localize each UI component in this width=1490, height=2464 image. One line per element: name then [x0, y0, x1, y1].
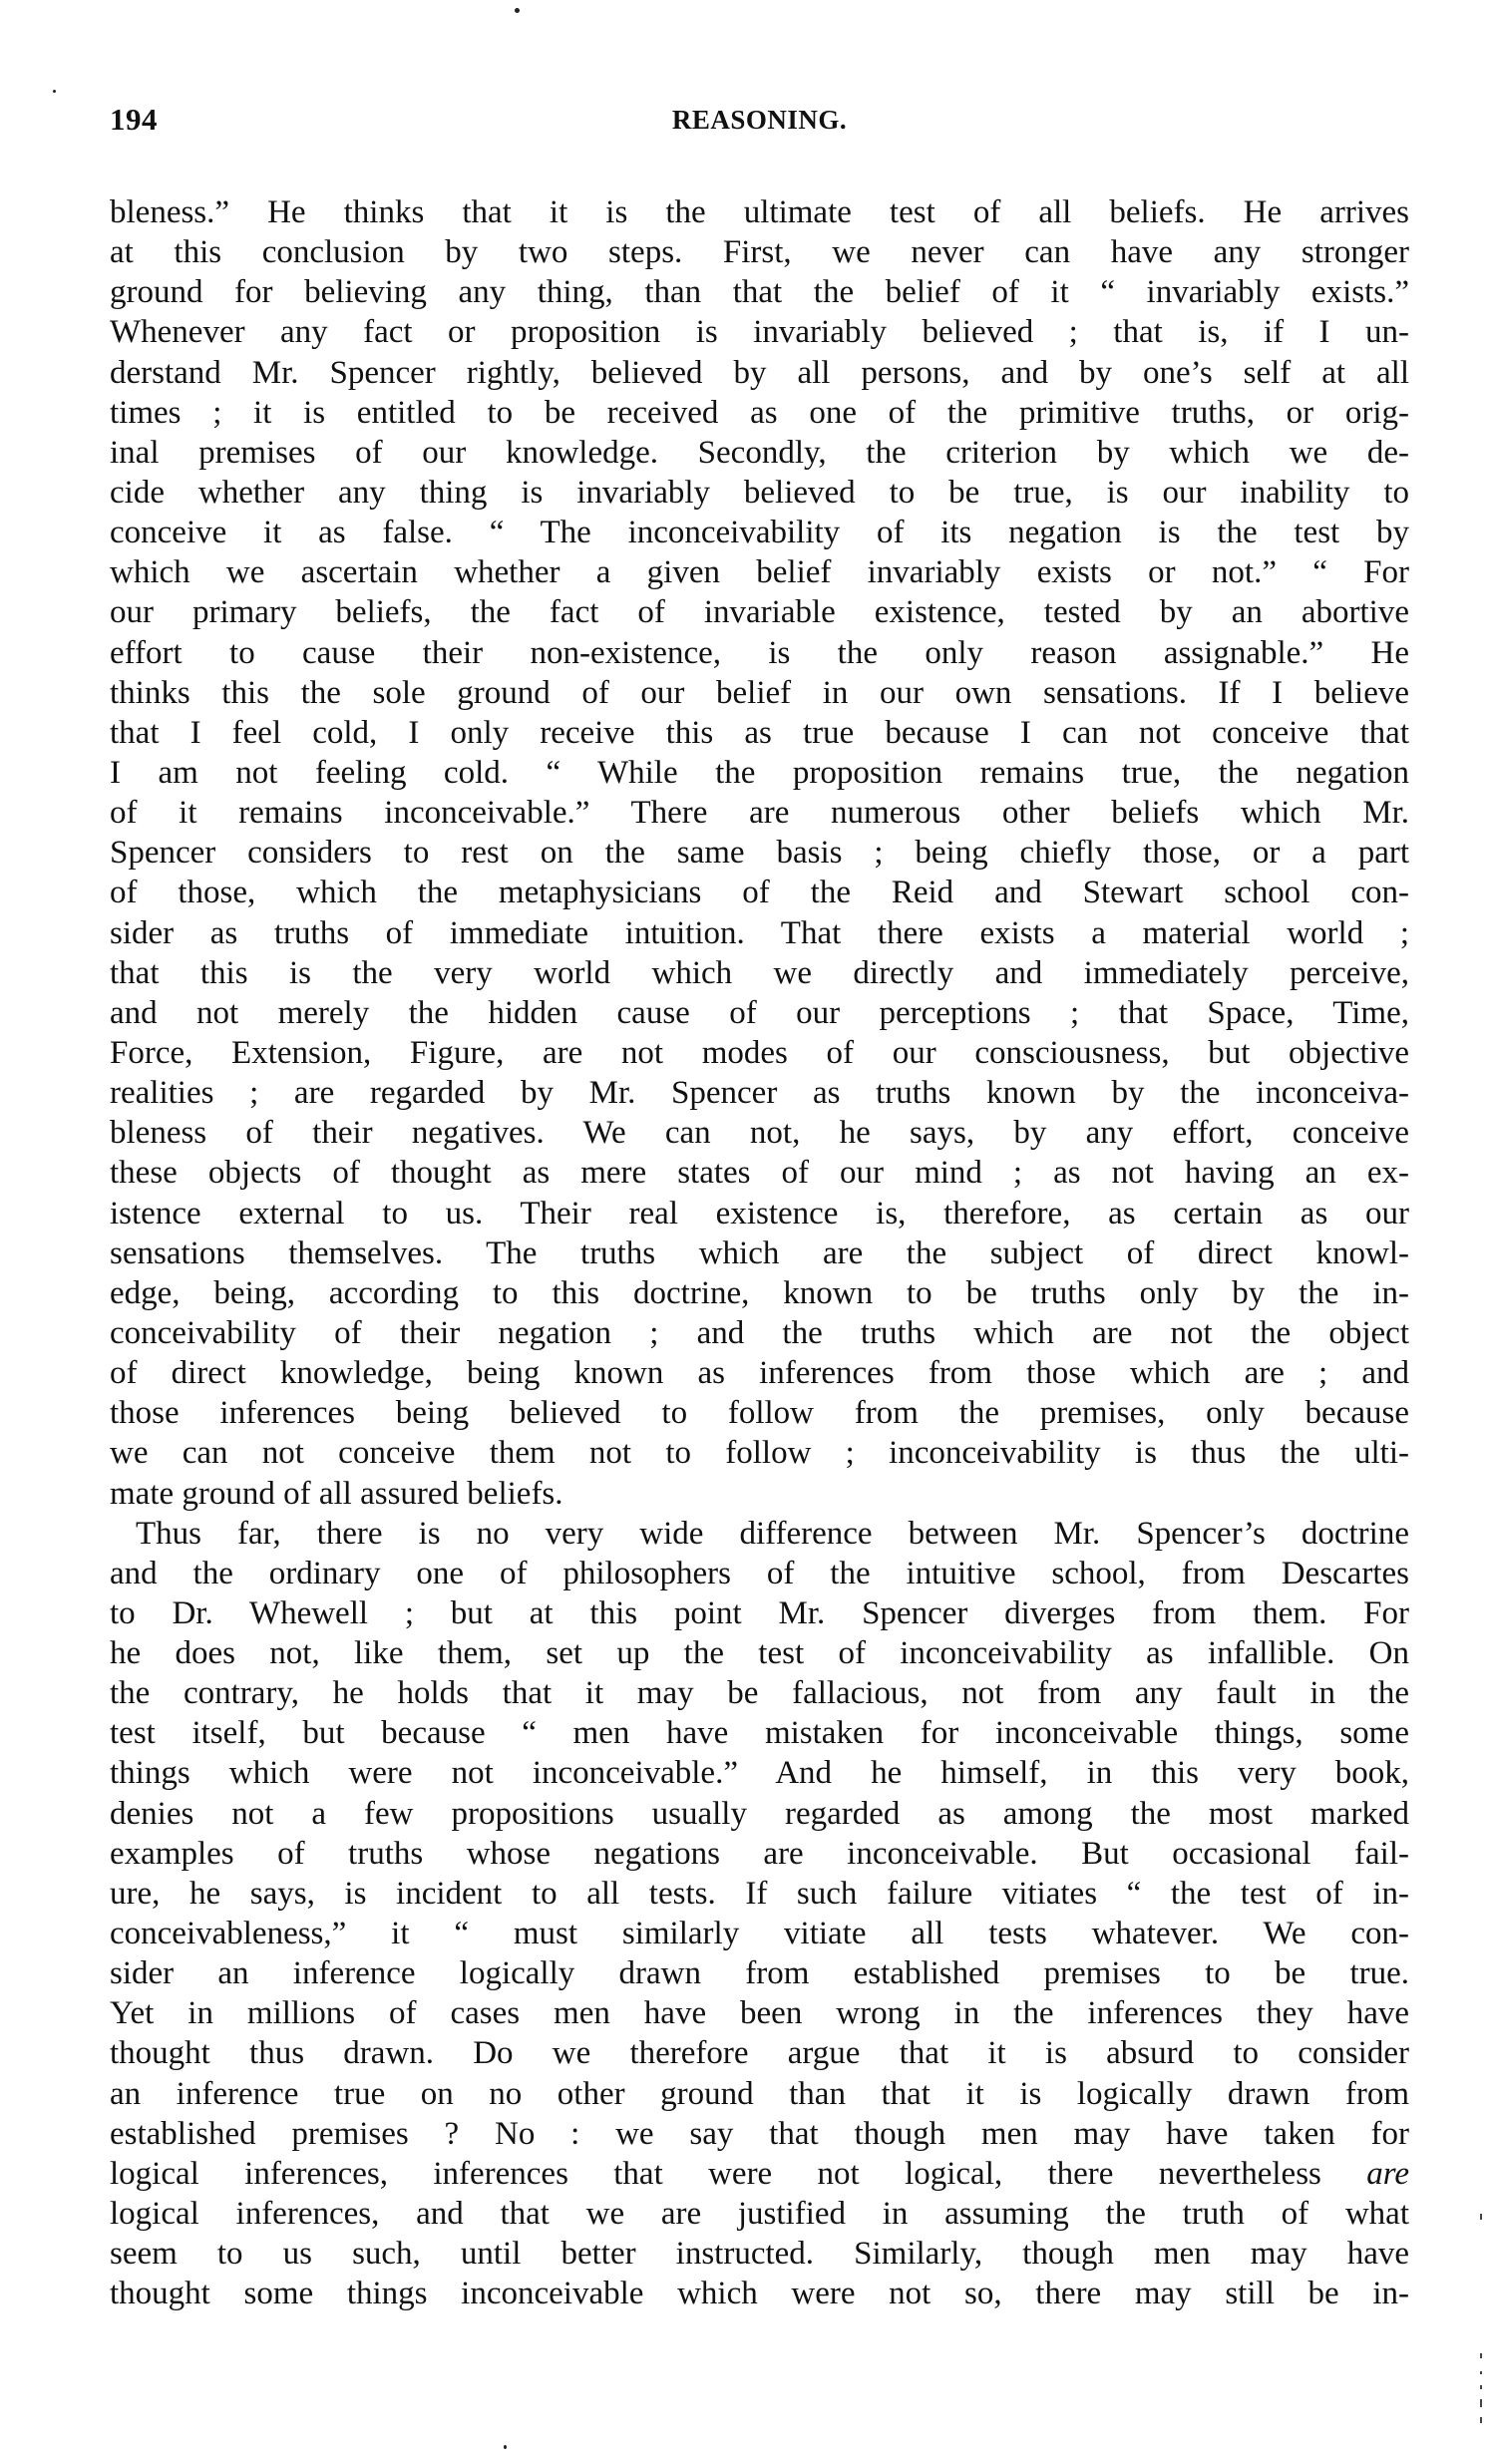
- text-line: sensations themselves. The truths which …: [110, 1233, 1409, 1273]
- running-head: 194 REASONING.: [110, 100, 1409, 140]
- text-line: which we ascertain whether a given belie…: [110, 552, 1409, 592]
- text-line: sider as truths of immediate intuition. …: [110, 913, 1409, 953]
- body-text: bleness.” He thinks that it is the ultim…: [110, 192, 1409, 2313]
- text-line: those inferences being believed to follo…: [110, 1393, 1409, 1433]
- italic-word: are: [1366, 2156, 1409, 2192]
- text-line: conceive it as false. “ The inconceivabi…: [110, 513, 1409, 552]
- text-line: derstand Mr. Spencer rightly, believed b…: [110, 353, 1409, 393]
- text-line: ground for believing any thing, than tha…: [110, 272, 1409, 312]
- text-line: established premises ? No : we say that …: [110, 2114, 1409, 2154]
- text-line: our primary beliefs, the fact of invaria…: [110, 592, 1409, 632]
- text-line: inal premises of our knowledge. Secondly…: [110, 433, 1409, 473]
- text-line: test itself, but because “ men have mist…: [110, 1713, 1409, 1753]
- print-speck: [53, 90, 56, 93]
- text-line: thinks this the sole ground of our belie…: [110, 673, 1409, 713]
- text-line: bleness.” He thinks that it is the ultim…: [110, 192, 1409, 232]
- text-line: the contrary, he holds that it may be fa…: [110, 1673, 1409, 1713]
- text-line: effort to cause their non-existence, is …: [110, 633, 1409, 673]
- print-speck: [515, 8, 520, 13]
- paragraph-1: bleness.” He thinks that it is the ultim…: [110, 192, 1409, 1514]
- text-line: realities ; are regarded by Mr. Spencer …: [110, 1073, 1409, 1113]
- text-line: and not merely the hidden cause of our p…: [110, 993, 1409, 1033]
- text-line: I am not feeling cold. “ While the propo…: [110, 753, 1409, 793]
- text-line: of it remains inconceivable.” There are …: [110, 793, 1409, 833]
- text-line: thought some things inconceivable which …: [110, 2274, 1409, 2313]
- text-line: that I feel cold, I only receive this as…: [110, 713, 1409, 753]
- text-line: bleness of their negatives. We can not, …: [110, 1113, 1409, 1153]
- text-line: at this conclusion by two steps. First, …: [110, 232, 1409, 272]
- text-line: Force, Extension, Figure, are not modes …: [110, 1033, 1409, 1073]
- text-line: times ; it is entitled to be received as…: [110, 393, 1409, 433]
- text-line: cide whether any thing is invariably bel…: [110, 473, 1409, 513]
- text-line: Thus far, there is no very wide differen…: [110, 1514, 1409, 1554]
- text-line: of those, which the metaphysicians of th…: [110, 873, 1409, 912]
- text-line: to Dr. Whewell ; but at this point Mr. S…: [110, 1593, 1409, 1633]
- text-line: Whenever any fact or proposition is inva…: [110, 312, 1409, 352]
- text-line: logical inferences, and that we are just…: [110, 2194, 1409, 2234]
- text-line: conceivability of their negation ; and t…: [110, 1313, 1409, 1353]
- text-line: an inference true on no other ground tha…: [110, 2074, 1409, 2114]
- text-line: seem to us such, until better instructed…: [110, 2234, 1409, 2274]
- text-line: that this is the very world which we dir…: [110, 953, 1409, 993]
- text-line: examples of truths whose negations are i…: [110, 1834, 1409, 1874]
- text-line: these objects of thought as mere states …: [110, 1153, 1409, 1193]
- text-line: istence external to us. Their real exist…: [110, 1194, 1409, 1233]
- text-line: Spencer considers to rest on the same ba…: [110, 833, 1409, 873]
- text-line-with-italic: logical inferences, inferences that were…: [110, 2154, 1409, 2194]
- text-segment: logical inferences, inferences that were…: [110, 2156, 1321, 2192]
- print-speck: [504, 2445, 507, 2449]
- text-line: denies not a few propositions usually re…: [110, 1794, 1409, 1834]
- text-line: sider an inference logically drawn from …: [110, 1953, 1409, 1993]
- running-title: REASONING.: [110, 100, 1409, 140]
- text-line: we can not conceive them not to follow ;…: [110, 1433, 1409, 1473]
- text-line: of direct knowledge, being known as infe…: [110, 1353, 1409, 1393]
- text-line: edge, being, according to this doctrine,…: [110, 1273, 1409, 1313]
- paragraph-2: Thus far, there is no very wide differen…: [110, 1514, 1409, 2314]
- text-line: mate ground of all assured beliefs.: [110, 1474, 1409, 1514]
- text-line: and the ordinary one of philosophers of …: [110, 1554, 1409, 1593]
- book-page: 194 REASONING. bleness.” He thinks that …: [0, 0, 1490, 2464]
- text-line: Yet in millions of cases men have been w…: [110, 1993, 1409, 2033]
- text-line: things which were not inconceivable.” An…: [110, 1753, 1409, 1793]
- text-line: he does not, like them, set up the test …: [110, 1633, 1409, 1673]
- margin-scan-marks: [1477, 2214, 1487, 2443]
- text-line: ure, he says, is incident to all tests. …: [110, 1874, 1409, 1914]
- text-line: conceivableness,” it “ must similarly vi…: [110, 1914, 1409, 1953]
- text-line: thought thus drawn. Do we therefore argu…: [110, 2033, 1409, 2073]
